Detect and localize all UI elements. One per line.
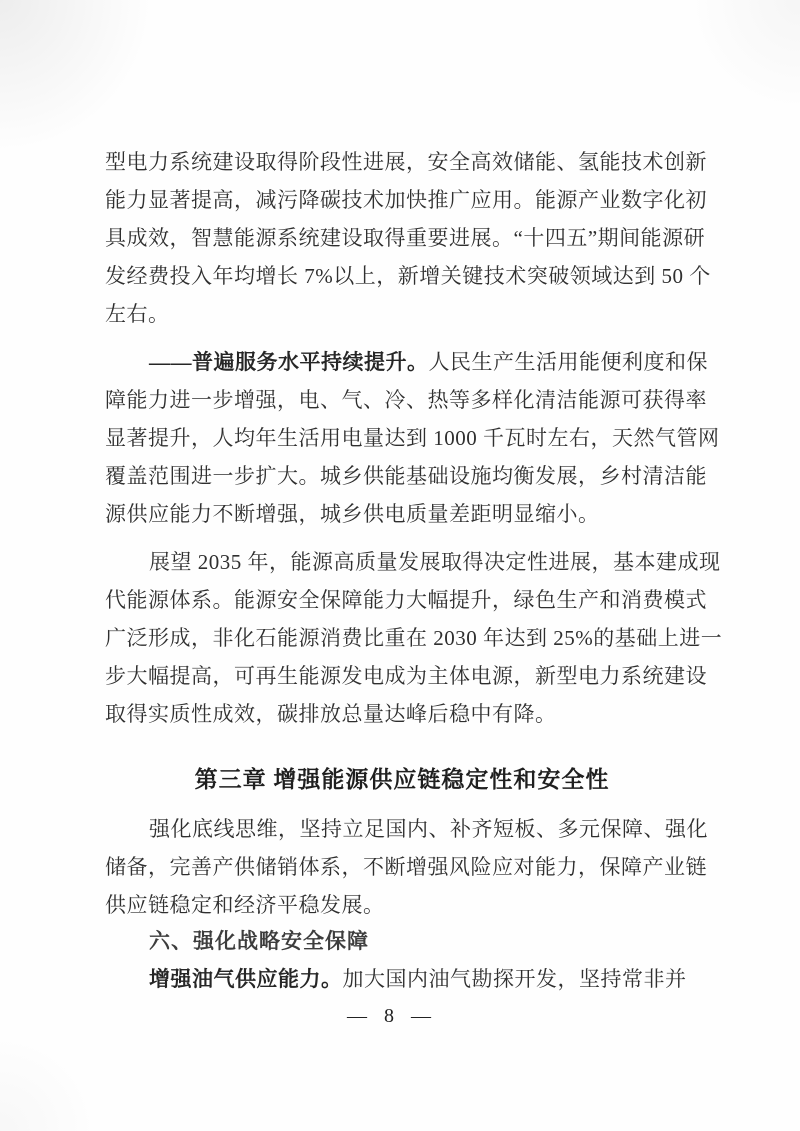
paragraph-continued: 型电力系统建设取得阶段性进展，安全高效储能、氢能技术创新 能力显著提高，减污降碳… [105, 143, 699, 333]
body-line: 障能力进一步增强，电、气、冷、热等多样化清洁能源可获得率 [105, 381, 699, 419]
body-line: 覆盖范围进一步扩大。城乡供能基础设施均衡发展，乡村清洁能 [105, 457, 699, 495]
paragraph-lead-bold: ——普遍服务水平持续提升。 [149, 350, 429, 374]
paragraph-universal-service: ——普遍服务水平持续提升。人民生产生活用能便利度和保 障能力进一步增强，电、气、… [105, 343, 699, 533]
body-text: 人民生产生活用能便利度和保 [429, 350, 709, 374]
body-line: 储备，完善产供储销体系，不断增强风险应对能力，保障产业链 [105, 848, 699, 886]
body-line: 发经费投入年均增长 7%以上，新增关键技术突破领域达到 50 个 [105, 257, 699, 295]
body-line: 显著提升，人均年生活用电量达到 1000 千瓦时左右，天然气管网 [105, 419, 699, 457]
document-body: 型电力系统建设取得阶段性进展，安全高效储能、氢能技术创新 能力显著提高，减污降碳… [105, 143, 699, 998]
body-line: 代能源体系。能源安全保障能力大幅提升，绿色生产和消费模式 [105, 581, 699, 619]
chapter-heading: 第三章 增强能源供应链稳定性和安全性 [105, 760, 699, 800]
body-line: 广泛形成，非化石能源消费比重在 2030 年达到 25%的基础上进一 [105, 619, 699, 657]
page-number: — 8 — [0, 1005, 792, 1028]
body-line: 供应链稳定和经济平稳发展。 [105, 886, 699, 924]
body-line: 展望 2035 年，能源高质量发展取得决定性进展，基本建成现 [105, 543, 699, 581]
body-line: 强化底线思维，坚持立足国内、补齐短板、多元保障、强化 [105, 810, 699, 848]
body-text: 加大国内油气勘探开发，坚持常非并 [343, 967, 687, 991]
body-line: 型电力系统建设取得阶段性进展，安全高效储能、氢能技术创新 [105, 143, 699, 181]
body-line: 增强油气供应能力。加大国内油气勘探开发，坚持常非并 [105, 960, 699, 998]
body-line: 源供应能力不断增强，城乡供电质量差距明显缩小。 [105, 495, 699, 533]
paragraph-chapter-intro: 强化底线思维，坚持立足国内、补齐短板、多元保障、强化 储备，完善产供储销体系，不… [105, 810, 699, 924]
body-line: 左右。 [105, 295, 699, 333]
paragraph-outlook-2035: 展望 2035 年，能源高质量发展取得决定性进展，基本建成现 代能源体系。能源安… [105, 543, 699, 733]
body-line: 具成效，智慧能源系统建设取得重要进展。“十四五”期间能源研 [105, 219, 699, 257]
body-line: 能力显著提高，减污降碳技术加快推广应用。能源产业数字化初 [105, 181, 699, 219]
body-line: 取得实质性成效，碳排放总量达峰后稳中有降。 [105, 695, 699, 733]
body-line: 步大幅提高，可再生能源发电成为主体电源，新型电力系统建设 [105, 657, 699, 695]
document-page: 型电力系统建设取得阶段性进展，安全高效储能、氢能技术创新 能力显著提高，减污降碳… [0, 0, 800, 1131]
body-line: ——普遍服务水平持续提升。人民生产生活用能便利度和保 [105, 343, 699, 381]
section-heading: 六、强化战略安全保障 [105, 924, 699, 960]
paragraph-oil-gas: 增强油气供应能力。加大国内油气勘探开发，坚持常非并 [105, 960, 699, 998]
paragraph-lead-bold: 增强油气供应能力。 [149, 967, 343, 991]
